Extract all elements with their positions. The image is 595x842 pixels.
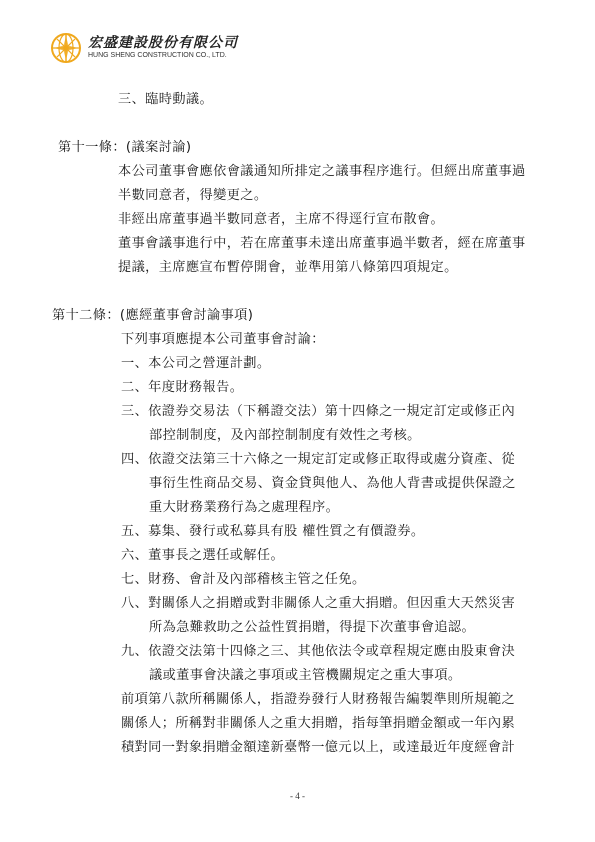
article-12-item: 六、董事長之選任或解任。	[121, 548, 284, 564]
article-12-intro: 下列事項應提本公司董事會討論：	[121, 332, 325, 348]
article-11-line: 非經出席董事過半數同意者，主席不得逕行宣布散會。	[118, 212, 444, 228]
article-11-line: 董事會議事進行中，若在席董事未達出席董事過半數者，經在席董事	[118, 236, 526, 252]
article-12-item-cont: 事衍生性商品交易、資金貸與他人、為他人背書或提供保證之	[149, 476, 516, 492]
article-12-item-cont: 部控制制度，及內部控制制度有效性之考核。	[149, 428, 421, 444]
letterhead: 宏盛建設股份有限公司 HUNG SHENG CONSTRUCTION CO., …	[50, 30, 238, 66]
company-name-zh: 宏盛建設股份有限公司	[88, 35, 238, 51]
company-name-en: HUNG SHENG CONSTRUCTION CO., LTD.	[88, 51, 238, 61]
article-12-item: 九、依證交法第十四條之三、其他依法令或章程規定應由股東會決	[121, 644, 515, 660]
article-12-item: 三、依證券交易法（下稱證交法）第十四條之一規定訂定或修正內	[121, 404, 515, 420]
page-number: - 4 -	[0, 791, 595, 801]
article-12-note: 積對同一對象捐贈金額達新臺幣一億元以上，或達最近年度經會計	[121, 740, 515, 756]
article-12-note: 關係人；所稱對非關係人之重大捐贈，指每筆捐贈金額或一年內累	[121, 716, 515, 732]
article-12-item: 五、募集、發行或私募具有股 權性質之有價證券。	[121, 524, 425, 540]
article-12-item: 七、財務、會計及內部稽核主管之任免。	[121, 572, 366, 588]
article-12-item-cont: 所為急難救助之公益性質捐贈，得提下次董事會追認。	[149, 620, 475, 636]
article-12-item: 二、年度財務報告。	[121, 380, 243, 396]
article-12-item-cont: 重大財務業務行為之處理程序。	[149, 500, 339, 516]
article-12-note: 前項第八款所稱關係人，指證券發行人財務報告編製準則所規範之	[121, 692, 515, 708]
article-12-item: 四、依證交法第三十六條之一規定訂定或修正取得或處分資產、從	[121, 452, 515, 468]
article-11-heading: 第十一條：(議案討論)	[58, 140, 191, 156]
agenda-item-3: 三、臨時動議。	[118, 92, 213, 108]
article-12-item-cont: 議或董事會決議之事項或主管機關規定之重大事項。	[149, 668, 462, 684]
article-11-line: 提議，主席應宣布暫停開會，並準用第八條第四項規定。	[118, 260, 458, 276]
article-12-item: 一、本公司之營運計劃。	[121, 356, 270, 372]
compass-globe-logo-icon	[50, 32, 82, 64]
article-11-line: 半數同意者，得變更之。	[118, 188, 267, 204]
article-12-item: 八、對關係人之捐贈或對非關係人之重大捐贈。但因重大天然災害	[121, 596, 515, 612]
article-12-heading: 第十二條：(應經董事會討論事項)	[52, 308, 253, 324]
article-11-line: 本公司董事會應依會議通知所排定之議事程序進行。但經出席董事過	[118, 164, 526, 180]
